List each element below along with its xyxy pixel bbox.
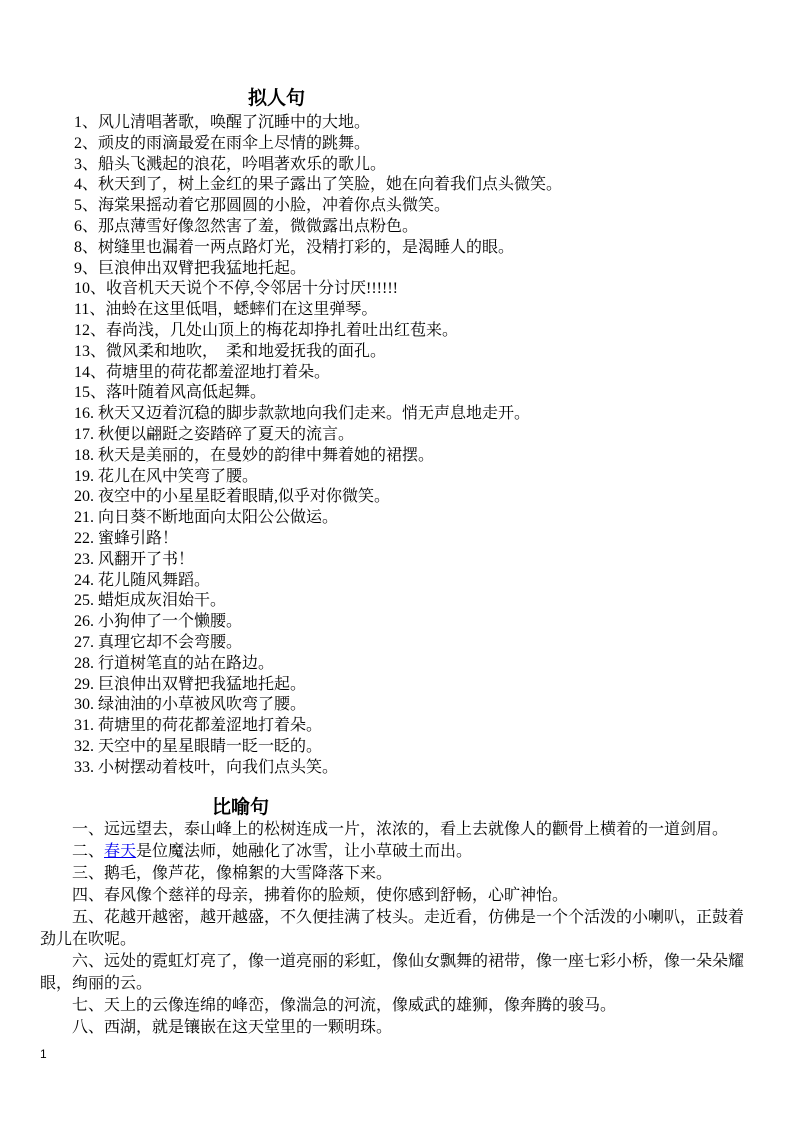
list-item: 16. 秋天又迈着沉稳的脚步款款地向我们走来。悄无声息地走开。 (40, 404, 758, 425)
list-item: 8、树缝里也漏着一两点路灯光，没精打彩的，是渴睡人的眼。 (40, 238, 758, 259)
list-item: 15、落叶随着风高低起舞。 (40, 383, 758, 404)
list-item: 三、鹅毛，像芦花，像棉絮的大雪降落下来。 (40, 863, 758, 885)
list-item: 21. 向日葵不断地面向太阳公公做运。 (40, 508, 758, 529)
metaphor-list: 一、远远望去，泰山峰上的松树连成一片，浓浓的，看上去就像人的颧骨上横着的一道剑眉… (40, 819, 758, 1040)
list-item: 20. 夜空中的小星星眨着眼睛,似乎对你微笑。 (40, 487, 758, 508)
page-number: 1 (40, 1047, 758, 1061)
list-item: 30. 绿油油的小草被风吹弯了腰。 (40, 695, 758, 716)
list-item: 26. 小狗伸了一个懒腰。 (40, 612, 758, 633)
list-item: 七、天上的云像连绵的峰峦，像湍急的河流，像威武的雄狮，像奔腾的骏马。 (40, 995, 758, 1017)
list-item: 3、船头飞溅起的浪花，吟唱著欢乐的歌儿。 (40, 155, 758, 176)
list-item: 1、风儿清唱著歌，唤醒了沉睡中的大地。 (40, 113, 758, 134)
text-before-link: 二、 (72, 843, 104, 860)
list-item: 33. 小树摆动着枝叶，向我们点头笑。 (40, 758, 758, 779)
personification-list: 1、风儿清唱著歌，唤醒了沉睡中的大地。 2、顽皮的雨滴最爱在雨伞上尽情的跳舞。 … (40, 113, 758, 779)
list-item: 29. 巨浪伸出双臂把我猛地托起。 (40, 675, 758, 696)
list-item: 八、西湖，就是镶嵌在这天堂里的一颗明珠。 (40, 1017, 758, 1039)
list-item: 五、花越开越密，越开越盛，不久便挂满了枝头。走近看，仿佛是一个个活泼的小喇叭，正… (40, 907, 758, 951)
section-title-personification: 拟人句 (248, 87, 758, 111)
list-item: 22. 蜜蜂引路！ (40, 529, 758, 550)
list-item: 25. 蜡炬成灰泪始干。 (40, 591, 758, 612)
list-item: 10、收音机天天说个不停,令邻居十分讨厌!!!!!! (40, 279, 758, 300)
list-item: 六、远处的霓虹灯亮了，像一道亮丽的彩虹，像仙女飘舞的裙带，像一座七彩小桥，像一朵… (40, 951, 758, 995)
list-item: 2、顽皮的雨滴最爱在雨伞上尽情的跳舞。 (40, 134, 758, 155)
chuntian-hyperlink[interactable]: 春天 (104, 843, 136, 860)
list-item: 12、春尚浅，几处山顶上的梅花却挣扎着吐出红苞来。 (40, 321, 758, 342)
list-item: 4、秋天到了，树上金红的果子露出了笑脸，她在向着我们点头微笑。 (40, 175, 758, 196)
list-item: 14、荷塘里的荷花都羞涩地打着朵。 (40, 363, 758, 384)
section-title-metaphor: 比喻句 (212, 797, 758, 819)
list-item: 19. 花儿在风中笑弯了腰。 (40, 467, 758, 488)
list-item: 23. 风翻开了书！ (40, 550, 758, 571)
text-after-link: 是位魔法师，她融化了冰雪，让小草破土而出。 (136, 843, 472, 860)
list-item: 18. 秋天是美丽的，在曼妙的韵律中舞着她的裙摆。 (40, 446, 758, 467)
list-item: 28. 行道树笔直的站在路边。 (40, 654, 758, 675)
list-item: 一、远远望去，泰山峰上的松树连成一片，浓浓的，看上去就像人的颧骨上横着的一道剑眉… (40, 819, 758, 841)
document-page: 拟人句 1、风儿清唱著歌，唤醒了沉睡中的大地。 2、顽皮的雨滴最爱在雨伞上尽情的… (0, 0, 793, 1122)
list-item: 31. 荷塘里的荷花都羞涩地打着朵。 (40, 716, 758, 737)
list-item: 6、那点薄雪好像忽然害了羞，微微露出点粉色。 (40, 217, 758, 238)
list-item: 13、微风柔和地吹， 柔和地爱抚我的面孔。 (40, 342, 758, 363)
list-item: 5、海棠果摇动着它那圆圆的小脸，冲着你点头微笑。 (40, 196, 758, 217)
list-item: 11、油蛉在这里低唱，蟋蟀们在这里弹琴。 (40, 300, 758, 321)
list-item: 二、春天是位魔法师，她融化了冰雪，让小草破土而出。 (40, 841, 758, 863)
list-item: 17. 秋便以翩跹之姿踏碎了夏天的流言。 (40, 425, 758, 446)
list-item: 27. 真理它却不会弯腰。 (40, 633, 758, 654)
list-item: 四、春风像个慈祥的母亲，拂着你的脸颊，使你感到舒畅，心旷神怡。 (40, 885, 758, 907)
list-item: 24. 花儿随风舞蹈。 (40, 571, 758, 592)
list-item: 9、巨浪伸出双臂把我猛地托起。 (40, 259, 758, 280)
list-item: 32. 天空中的星星眼睛一眨一眨的。 (40, 737, 758, 758)
